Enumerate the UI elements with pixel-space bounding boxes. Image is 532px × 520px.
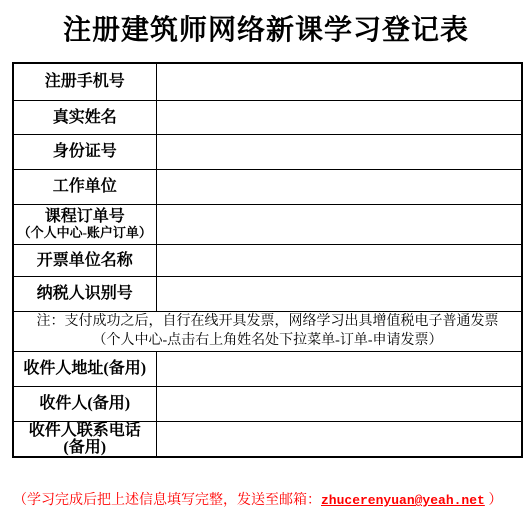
note-line-2: （个人中心-点击右上角姓名处下拉菜单-订单-申请发票） — [14, 331, 521, 350]
note-line-1: 注：支付成功之后，自行在线开具发票，网络学习出具增值税电子普通发票 — [14, 312, 521, 331]
row-label-subtext: （个人中心-账户订单） — [14, 225, 156, 241]
footer-text-after: ） — [485, 493, 503, 508]
row-label-subtext: (备用) — [14, 439, 156, 456]
row-label-employer: 工作单位 — [13, 169, 156, 204]
row-label-text: 身份证号 — [14, 143, 156, 160]
table-row: 注册手机号 — [13, 63, 522, 100]
row-label-course-order: 课程订单号 （个人中心-账户订单） — [13, 204, 156, 244]
row-label-text: 开票单位名称 — [14, 252, 156, 269]
footer-instruction: （学习完成后把上述信息填写完整，发送至邮箱：zhucerenyuan@yeah.… — [13, 489, 502, 509]
table-row: 工作单位 — [13, 169, 522, 204]
row-label-text: 纳税人识别号 — [14, 285, 156, 302]
note-cell: 注：支付成功之后，自行在线开具发票，网络学习出具增值税电子普通发票 （个人中心-… — [13, 311, 522, 351]
row-label-text: 课程订单号 — [14, 208, 156, 225]
table-row: 纳税人识别号 — [13, 276, 522, 311]
row-label-text: 收件人(备用) — [14, 395, 156, 412]
page-title: 注册建筑师网络新课学习登记表 — [0, 8, 532, 48]
email-link[interactable]: zhucerenyuan@yeah.net — [321, 493, 485, 508]
row-label-phone: 注册手机号 — [13, 63, 156, 100]
row-label-id-number: 身份证号 — [13, 134, 156, 169]
row-label-invoice-unit: 开票单位名称 — [13, 244, 156, 276]
value-cell-real-name[interactable] — [156, 100, 522, 134]
value-cell-recipient-address[interactable] — [156, 351, 522, 386]
form-document: 注册建筑师网络新课学习登记表 注册手机号 真实姓名 身份证号 — [0, 0, 532, 520]
registration-table: 注册手机号 真实姓名 身份证号 工作单位 — [12, 62, 523, 458]
footer-text-before: （学习完成后把上述信息填写完整，发送至邮箱： — [13, 493, 321, 508]
value-cell-recipient[interactable] — [156, 386, 522, 421]
note-row: 注：支付成功之后，自行在线开具发票，网络学习出具增值税电子普通发票 （个人中心-… — [13, 311, 522, 351]
value-cell-taxpayer-id[interactable] — [156, 276, 522, 311]
table-row: 收件人联系电话 (备用) — [13, 421, 522, 457]
table-row: 身份证号 — [13, 134, 522, 169]
value-cell-invoice-unit[interactable] — [156, 244, 522, 276]
row-label-text: 工作单位 — [14, 178, 156, 195]
row-label-recipient: 收件人(备用) — [13, 386, 156, 421]
value-cell-phone[interactable] — [156, 63, 522, 100]
table-row: 开票单位名称 — [13, 244, 522, 276]
row-label-real-name: 真实姓名 — [13, 100, 156, 134]
row-label-recipient-address: 收件人地址(备用) — [13, 351, 156, 386]
value-cell-employer[interactable] — [156, 169, 522, 204]
value-cell-recipient-phone[interactable] — [156, 421, 522, 457]
row-label-taxpayer-id: 纳税人识别号 — [13, 276, 156, 311]
row-label-text: 收件人地址(备用) — [14, 360, 156, 377]
row-label-text: 真实姓名 — [14, 109, 156, 126]
value-cell-id-number[interactable] — [156, 134, 522, 169]
value-cell-course-order[interactable] — [156, 204, 522, 244]
table-row: 收件人(备用) — [13, 386, 522, 421]
row-label-text: 注册手机号 — [14, 73, 156, 90]
row-label-recipient-phone: 收件人联系电话 (备用) — [13, 421, 156, 457]
row-label-text: 收件人联系电话 — [14, 422, 156, 439]
table-row: 课程订单号 （个人中心-账户订单） — [13, 204, 522, 244]
table-row: 收件人地址(备用) — [13, 351, 522, 386]
table-row: 真实姓名 — [13, 100, 522, 134]
